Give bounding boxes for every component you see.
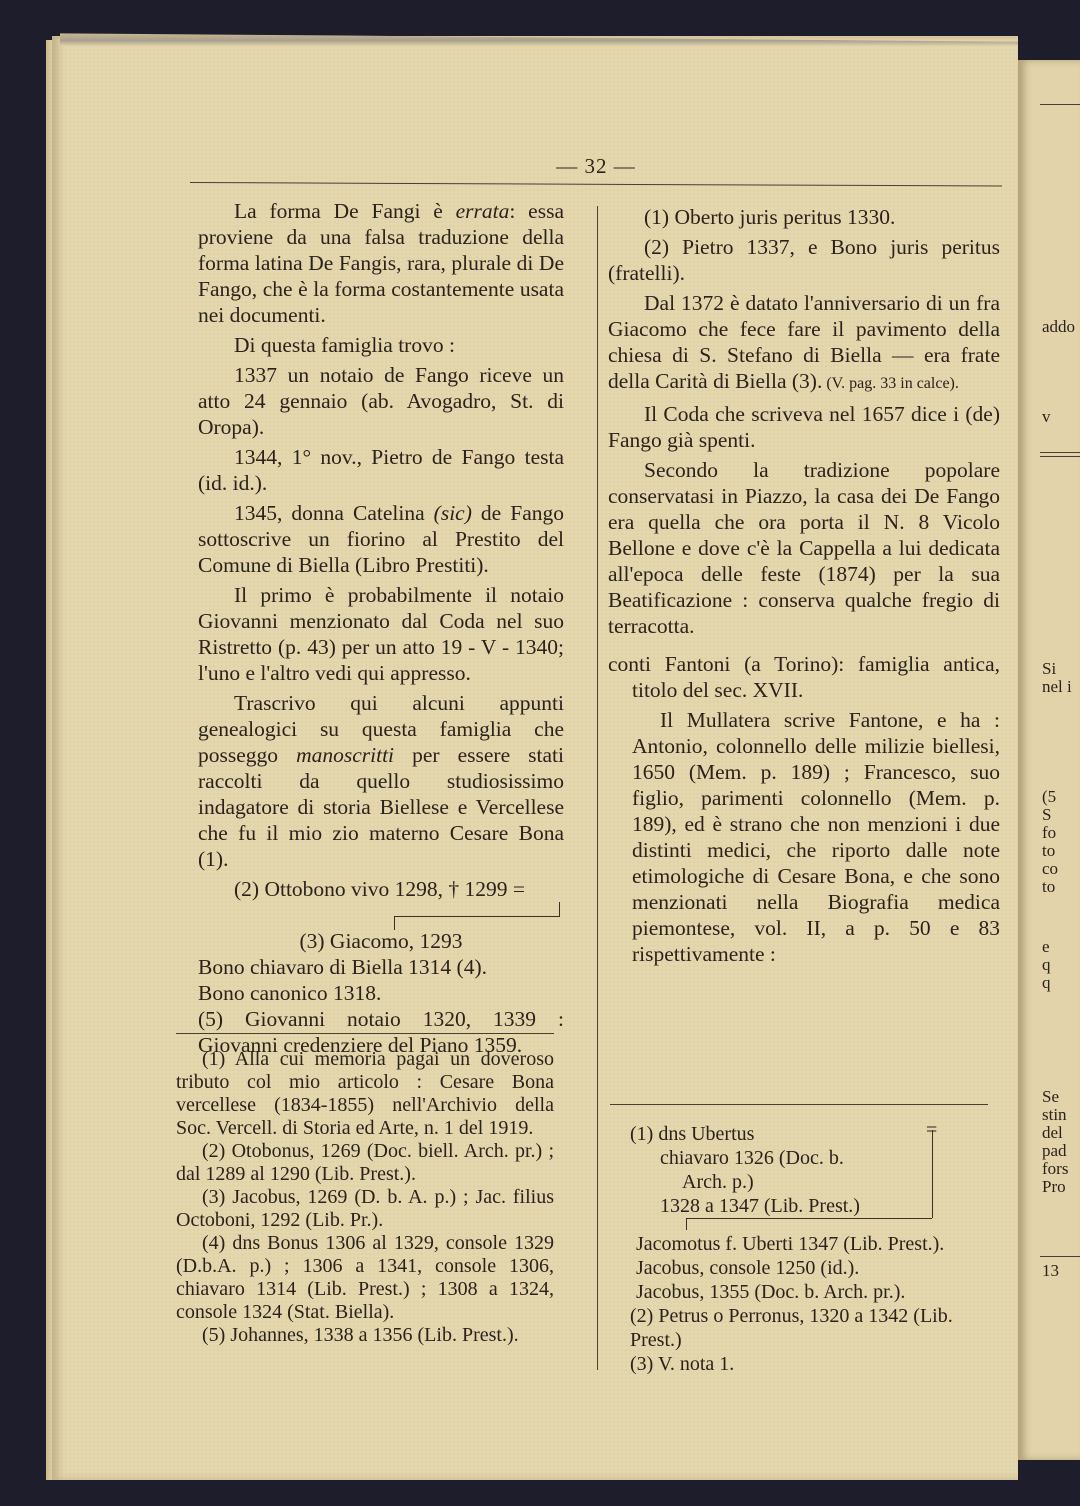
genealogy-connector xyxy=(686,1218,932,1219)
right-footnotes: (1) dns Ubertus chiavaro 1326 (Doc. b. A… xyxy=(630,1122,990,1376)
paragraph: Trascrivo qui alcuni appunti genealogici… xyxy=(198,690,564,872)
header-rule xyxy=(190,182,1002,187)
next-page-header-rule xyxy=(1040,104,1080,105)
next-page-text-fragment: to xyxy=(1042,878,1055,895)
footnote-line: Jacobus, 1355 (Doc. b. Arch. pr.). xyxy=(630,1280,990,1304)
next-page-text-fragment: fo xyxy=(1042,824,1056,841)
next-page-text-fragment: co xyxy=(1042,860,1058,877)
next-page-text-fragment: stin xyxy=(1042,1106,1067,1123)
footnote-line: Jacobus, console 1250 (id.). xyxy=(630,1256,990,1280)
footnote: (3) Jacobus, 1269 (D. b. A. p.) ; Jac. f… xyxy=(176,1186,554,1232)
footnote: (1) Alla cui memoria pagai un doveroso t… xyxy=(176,1048,554,1140)
next-page-text-fragment: 13 xyxy=(1042,1262,1059,1279)
next-page-text-fragment: fors xyxy=(1042,1160,1068,1177)
next-page-text-fragment: to xyxy=(1042,842,1055,859)
footnote: (2) Otobonus, 1269 (Doc. biell. Arch. pr… xyxy=(176,1140,554,1186)
footnote-line: Jacomotus f. Uberti 1347 (Lib. Prest.). xyxy=(630,1232,990,1256)
next-page-rule xyxy=(1040,1256,1080,1257)
genealogy-child: Bono chiavaro di Biella 1314 (4). xyxy=(198,954,564,980)
page-number: — 32 — xyxy=(190,154,1002,179)
paragraph: 1337 un notaio de Fango riceve un atto 2… xyxy=(198,362,564,440)
next-page-text-fragment: (5 xyxy=(1042,788,1056,805)
genealogy-bracket xyxy=(932,1130,933,1218)
footnote: (2) Petrus o Perronus, 1320 a 1342 (Lib.… xyxy=(604,1304,990,1352)
page-header: — 32 — xyxy=(190,150,1002,186)
paragraph: (1) Oberto juris peritus 1330. xyxy=(608,204,1000,230)
paragraph: Dal 1372 è datato l'anniversario di un f… xyxy=(608,290,1000,397)
paragraph: (2) Pietro 1337, e Bono juris peritus (f… xyxy=(608,234,1000,286)
footnote-separator xyxy=(610,1104,988,1105)
next-page-text-fragment: addo xyxy=(1042,318,1075,335)
genealogy-connector xyxy=(198,902,564,920)
next-page-text-fragment: pad xyxy=(1042,1142,1067,1159)
next-page-rule xyxy=(1040,456,1080,457)
next-page-text-fragment: nel i xyxy=(1042,678,1072,695)
paragraph: Il Coda che scriveva nel 1657 dice i (de… xyxy=(608,401,1000,453)
genealogy-connector xyxy=(686,1218,687,1230)
next-page-text-fragment: Pro xyxy=(1042,1178,1066,1195)
next-page-text-fragment: Si xyxy=(1042,660,1056,677)
paragraph: Secondo la tradizione popolare conservat… xyxy=(608,457,1000,639)
paragraph: 1345, donna Catelina (sic) de Fango sott… xyxy=(198,500,564,578)
footnote: (3) V. nota 1. xyxy=(630,1352,990,1376)
next-page-text-fragment: v xyxy=(1042,408,1051,425)
next-page-rule xyxy=(1040,452,1080,453)
footnote: (4) dns Bonus 1306 al 1329, console 1329… xyxy=(176,1232,554,1324)
next-page-text-fragment: S xyxy=(1042,806,1051,823)
footnote-tree-line: 1328 a 1347 (Lib. Prest.) xyxy=(630,1194,990,1218)
left-column: La forma De Fangi è errata: essa provien… xyxy=(198,198,564,1062)
next-page-fragment: addovSinel i(5SfotocotoeqqSestindelpadfo… xyxy=(1018,60,1080,1460)
entry-heading: conti Fantoni (a Torino): famiglia antic… xyxy=(608,651,1000,703)
paragraph: Di questa famiglia trovo : xyxy=(198,332,564,358)
genealogy-child: (3) Giacomo, 1293 xyxy=(198,928,564,954)
next-page-text-fragment: Se xyxy=(1042,1088,1059,1105)
next-page-text-fragment: del xyxy=(1042,1124,1063,1141)
column-divider xyxy=(597,206,598,1370)
footnote: (5) Johannes, 1338 a 1356 (Lib. Prest.). xyxy=(176,1324,554,1347)
footnote-tree-line: Arch. p.) xyxy=(630,1170,990,1194)
footnote-separator xyxy=(176,1033,554,1034)
entry-body: Il Mullatera scrive Fantone, e ha : Anto… xyxy=(608,707,1000,967)
paragraph: 1344, 1° nov., Pietro de Fango testa (id… xyxy=(198,444,564,496)
paragraph: Il primo è probabilmente il notaio Giova… xyxy=(198,582,564,686)
next-page-text-fragment: e xyxy=(1042,938,1050,955)
next-page-text-fragment: q xyxy=(1042,974,1051,991)
footnote-tree-line: chiavaro 1326 (Doc. b. xyxy=(630,1146,990,1170)
genealogy-child: Bono canonico 1318. xyxy=(198,980,564,1006)
right-column: (1) Oberto juris peritus 1330. (2) Pietr… xyxy=(608,204,1000,971)
left-footnotes: (1) Alla cui memoria pagai un doveroso t… xyxy=(176,1048,554,1347)
next-page-text-fragment: q xyxy=(1042,956,1051,973)
paragraph: La forma De Fangi è errata: essa provien… xyxy=(198,198,564,328)
genealogy-root: (2) Ottobono vivo 1298, † 1299 = xyxy=(198,876,564,902)
